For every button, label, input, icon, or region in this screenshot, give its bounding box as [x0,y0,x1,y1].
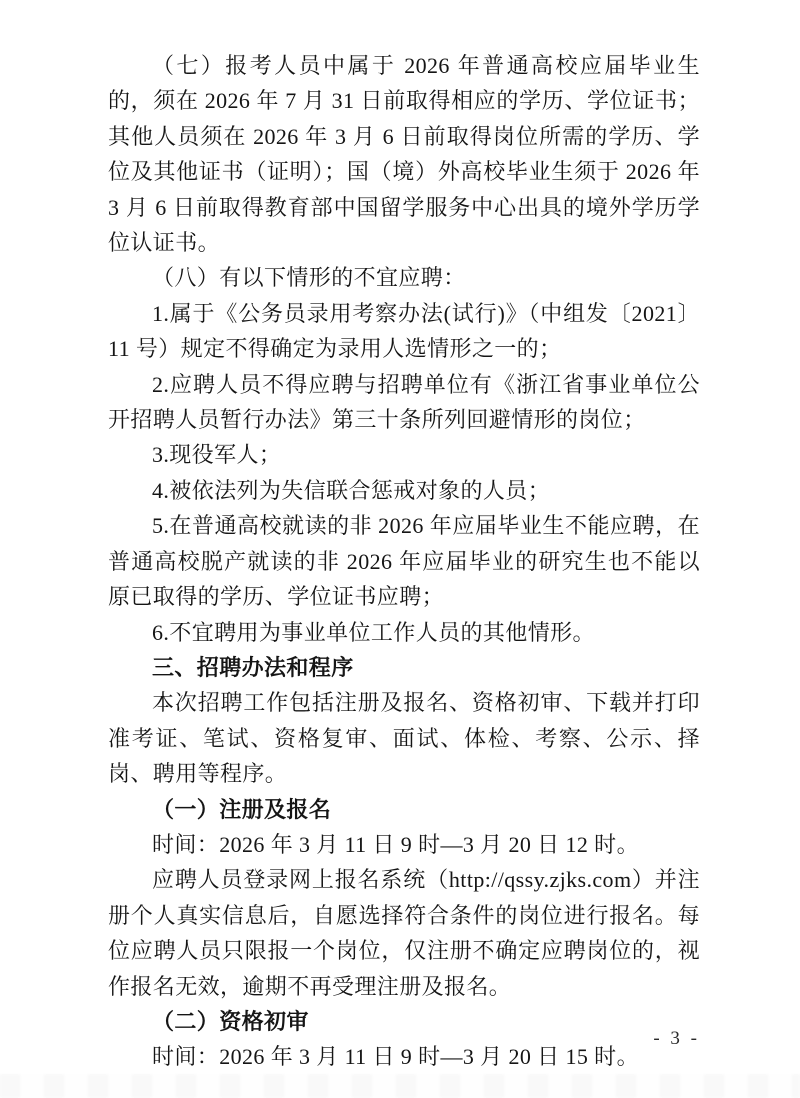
subsection-heading-registration: （一）注册及报名 [108,792,700,827]
list-item-6-other-cases: 6.不宜聘用为事业单位工作人员的其他情形。 [108,615,700,650]
paragraph-qualification-deadlines: （七）报考人员中属于 2026 年普通高校应届毕业生的，须在 2026 年 7 … [108,48,700,260]
document-body: （七）报考人员中属于 2026 年普通高校应届毕业生的，须在 2026 年 7 … [108,48,700,1075]
list-item-3-active-military: 3.现役军人； [108,437,700,472]
subsection-heading-preliminary-review: （二）资格初审 [108,1004,700,1039]
scan-noise-artifact [0,1074,800,1098]
list-item-1-civil-servant-inspection: 1.属于《公务员录用考察办法(试行)》（中组发〔2021〕11 号）规定不得确定… [108,296,700,367]
list-item-4-dishonesty-list: 4.被依法列为失信联合惩戒对象的人员； [108,473,700,508]
page-number: - 3 - [653,1028,700,1050]
paragraph-unsuitable-cases-intro: （八）有以下情形的不宜应聘： [108,260,700,295]
paragraph-review-time: 时间：2026 年 3 月 11 日 9 时—3 月 20 日 15 时。 [108,1039,700,1074]
paragraph-procedure-overview: 本次招聘工作包括注册及报名、资格初审、下载并打印准考证、笔试、资格复审、面试、体… [108,685,700,791]
list-item-5-non-2026-graduates: 5.在普通高校就读的非 2026 年应届毕业生不能应聘，在普通高校脱产就读的非 … [108,508,700,614]
paragraph-registration-time: 时间：2026 年 3 月 11 日 9 时—3 月 20 日 12 时。 [108,827,700,862]
section-heading-recruitment-procedure: 三、招聘办法和程序 [108,650,700,685]
document-page: （七）报考人员中属于 2026 年普通高校应届毕业生的，须在 2026 年 7 … [0,0,800,1098]
list-item-2-avoidance-positions: 2.应聘人员不得应聘与招聘单位有《浙江省事业单位公开招聘人员暂行办法》第三十条所… [108,367,700,438]
paragraph-registration-instructions: 应聘人员登录网上报名系统（http://qssy.zjks.com）并注册个人真… [108,862,700,1004]
